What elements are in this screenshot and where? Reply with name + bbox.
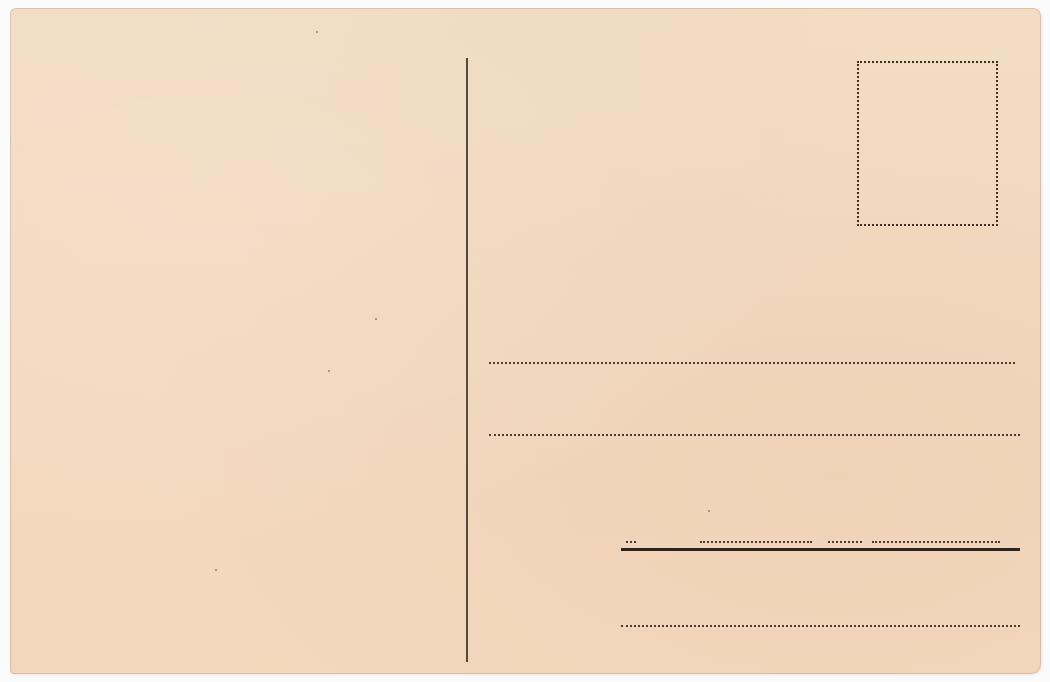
paper-speck [708,510,710,512]
paper-speck [316,31,318,33]
address-line-3-dots [700,541,812,543]
address-line-4 [621,625,1020,627]
center-divider-line [466,58,468,662]
address-line-1 [489,362,1015,364]
postcard-back [10,8,1041,674]
paper-speck [215,569,217,571]
address-line-3-dots [872,541,1000,543]
address-line-3-dots [626,541,636,543]
message-area [20,48,450,658]
stamp-placeholder-box [857,61,998,226]
paper-speck [328,370,330,372]
address-line-3-dots [828,541,862,543]
address-line-3-bold [621,548,1020,551]
paper-speck [375,318,377,320]
address-line-2 [489,434,1020,436]
